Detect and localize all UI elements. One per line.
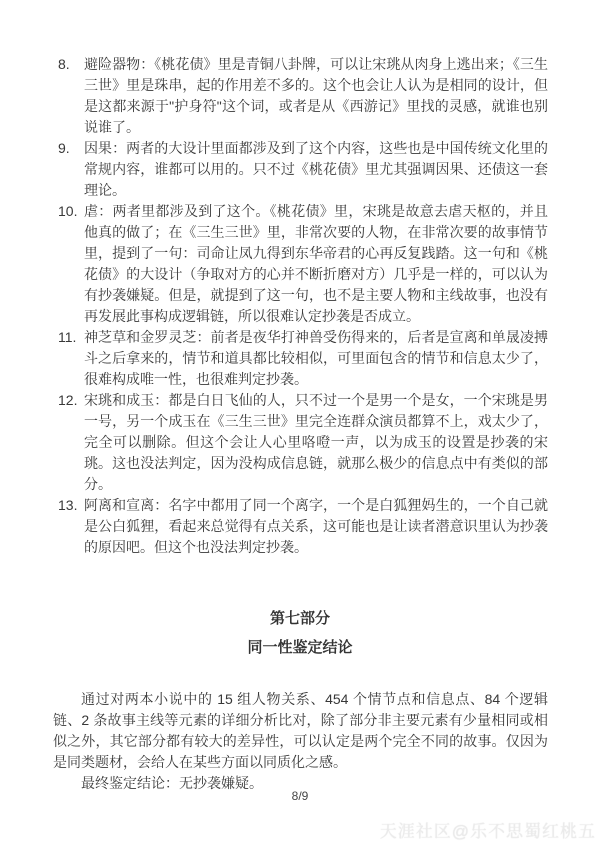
watermark: 天涯社区@乐不思蜀红桃五 <box>380 821 596 842</box>
list-item: 12. 宋珧和成玉：都是白日飞仙的人，只不过一个是男一个是女，一个宋珧是男一号，… <box>58 390 548 495</box>
item-text: 虐：两者里都涉及到了这个。《桃花债》里，宋珧是故意去虐天枢的，并且他真的做了；在… <box>84 201 548 327</box>
numbered-list: 8. 避险器物：《桃花债》里是青铜八卦牌，可以让宋珧从肉身上逃出来；《三生三世》… <box>58 54 548 558</box>
item-text: 神芝草和金罗灵芝：前者是夜华打神兽受伤得来的，后者是宣离和单晟凌搏斗之后拿来的，… <box>84 327 548 390</box>
section-subtitle: 同一性鉴定结论 <box>0 637 600 659</box>
conclusion-paragraph: 通过对两本小说中的 15 组人物关系、454 个情节点和信息点、84 个逻辑链、… <box>53 689 548 773</box>
item-number: 12. <box>58 390 84 495</box>
section-title: 第七部分 <box>0 608 600 630</box>
list-item: 11. 神芝草和金罗灵芝：前者是夜华打神兽受伤得来的，后者是宣离和单晟凌搏斗之后… <box>58 327 548 390</box>
item-number: 9. <box>58 138 84 201</box>
list-item: 13. 阿离和宣离：名字中都用了同一个离字，一个是白狐狸妈生的，一个自己就是公白… <box>58 495 548 558</box>
list-item: 8. 避险器物：《桃花债》里是青铜八卦牌，可以让宋珧从肉身上逃出来；《三生三世》… <box>58 54 548 138</box>
document-page: 8. 避险器物：《桃花债》里是青铜八卦牌，可以让宋珧从肉身上逃出来；《三生三世》… <box>0 0 600 848</box>
item-text: 宋珧和成玉：都是白日飞仙的人，只不过一个是男一个是女，一个宋珧是男一号，另一个成… <box>84 390 548 495</box>
item-number: 11. <box>58 327 84 390</box>
item-text: 避险器物：《桃花债》里是青铜八卦牌，可以让宋珧从肉身上逃出来；《三生三世》里是珠… <box>84 54 548 138</box>
page-number: 8/9 <box>0 786 600 807</box>
item-text: 阿离和宣离：名字中都用了同一个离字，一个是白狐狸妈生的，一个自己就是公白狐狸，看… <box>84 495 548 558</box>
list-item: 9. 因果：两者的大设计里面都涉及到了这个内容，这些也是中国传统文化里的常规内容… <box>58 138 548 201</box>
item-number: 10. <box>58 201 84 327</box>
list-item: 10. 虐：两者里都涉及到了这个。《桃花债》里，宋珧是故意去虐天枢的，并且他真的… <box>58 201 548 327</box>
conclusion-block: 通过对两本小说中的 15 组人物关系、454 个情节点和信息点、84 个逻辑链、… <box>53 689 548 794</box>
item-number: 8. <box>58 54 84 138</box>
item-number: 13. <box>58 495 84 558</box>
item-text: 因果：两者的大设计里面都涉及到了这个内容，这些也是中国传统文化里的常规内容，谁都… <box>84 138 548 201</box>
